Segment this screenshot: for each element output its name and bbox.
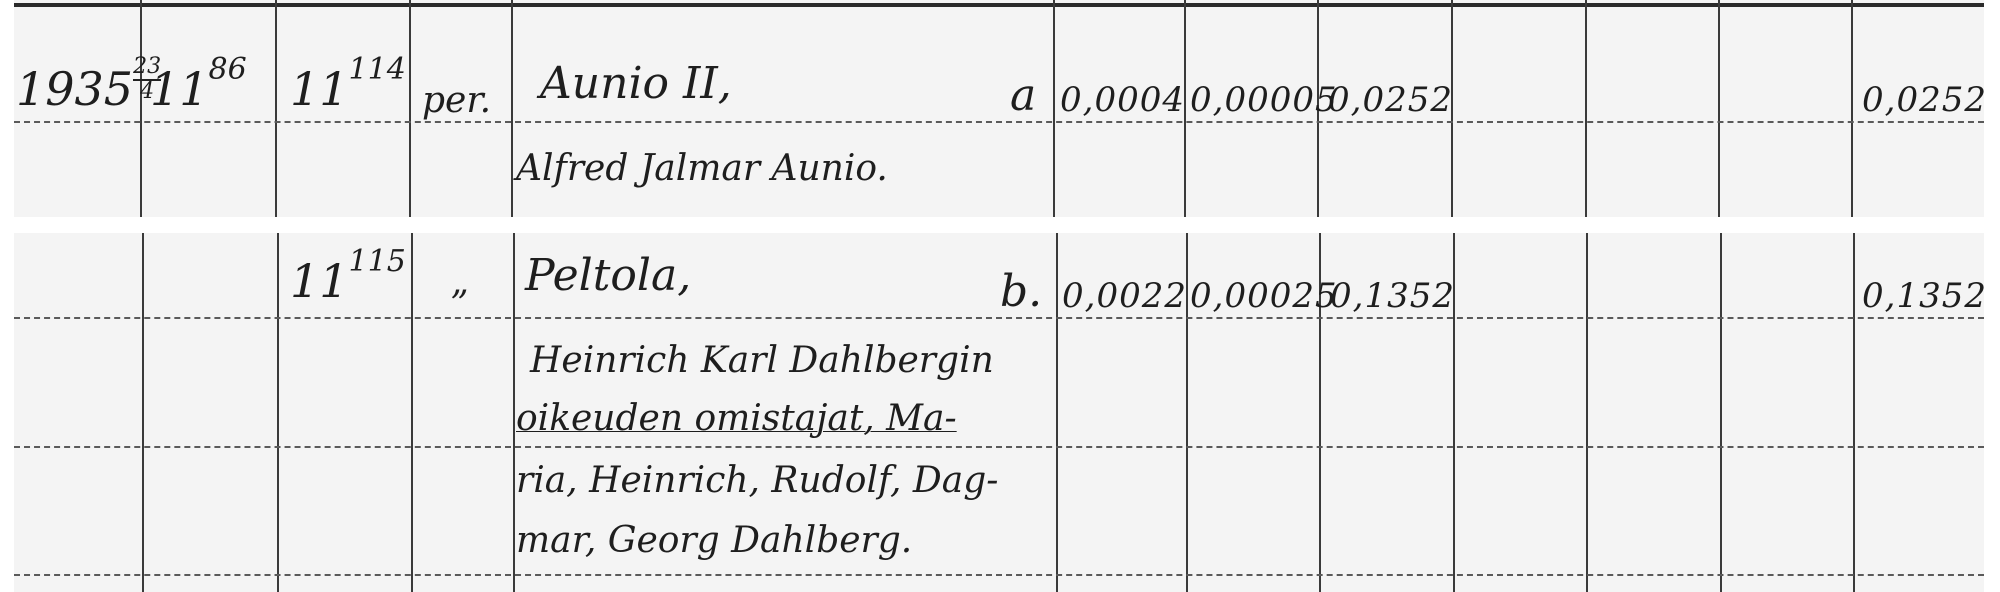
column-rule	[411, 233, 413, 592]
row-1-owner: Alfred Jalmar Aunio.	[516, 148, 888, 189]
row-1-type: per.	[422, 80, 491, 121]
row-2-baseline-rule	[14, 317, 1984, 319]
row-1-baseline-rule	[14, 121, 1984, 123]
column-rule	[275, 0, 277, 217]
row-2-estate-name: Peltola,	[525, 250, 691, 301]
row-1-estate-name: Aunio II,	[540, 58, 732, 109]
column-rule	[1718, 0, 1720, 217]
column-rule	[409, 0, 411, 217]
row-1-value-2: 0,00005	[1190, 80, 1338, 120]
row-2-owner-line-1: Heinrich Karl Dahlbergin	[530, 340, 994, 381]
row-2-value-2: 0,00025	[1190, 276, 1338, 316]
row-2-line-5-rule	[14, 574, 1984, 576]
column-rule	[1720, 233, 1722, 592]
row-2-owner-line-2: oikeuden omistajat, Ma-	[516, 398, 957, 439]
row-1-ref-2: 11114	[290, 62, 406, 116]
column-rule	[511, 0, 513, 217]
row-1-date: 1935234	[16, 62, 161, 116]
row-1-value-1: 0,0004	[1060, 80, 1185, 120]
column-rule	[1056, 233, 1058, 592]
row-2-estate-letter: b.	[1000, 266, 1042, 317]
row-2-owner-line-4: mar, Georg Dahlberg.	[516, 520, 912, 561]
row-2-value-3: 0,1352	[1330, 276, 1455, 316]
ref-superscript: 86	[209, 52, 247, 87]
row-2-owner-line-3: ria, Heinrich, Rudolf, Dag-	[516, 460, 998, 501]
column-rule	[142, 233, 144, 592]
ref-prefix: 11	[150, 62, 209, 116]
date-year: 1935	[16, 62, 133, 116]
row-2-ref-2: 11115	[290, 254, 406, 308]
ref-superscript: 115	[349, 244, 406, 279]
column-rule	[1585, 0, 1587, 217]
column-rule	[1853, 233, 1855, 592]
column-rule	[513, 233, 515, 592]
row-2-value-1: 0,0022	[1062, 276, 1187, 316]
column-rule	[1851, 0, 1853, 217]
row-1-ref-1: 1186	[150, 62, 247, 116]
top-border-rule	[14, 3, 1984, 7]
row-1-total: 0,0252	[1862, 80, 1987, 120]
column-rule	[1586, 233, 1588, 592]
row-1-value-3: 0,0252	[1328, 80, 1453, 120]
ref-superscript: 114	[349, 52, 406, 87]
ref-prefix: 11	[290, 254, 349, 308]
row-1-estate-letter: a	[1010, 70, 1036, 121]
column-rule	[277, 233, 279, 592]
ref-prefix: 11	[290, 62, 349, 116]
row-2-total: 0,1352	[1862, 276, 1987, 316]
row-2-line-3-rule	[14, 446, 1984, 448]
row-2-type-ditto: ”	[450, 284, 468, 325]
column-rule	[1053, 0, 1055, 217]
